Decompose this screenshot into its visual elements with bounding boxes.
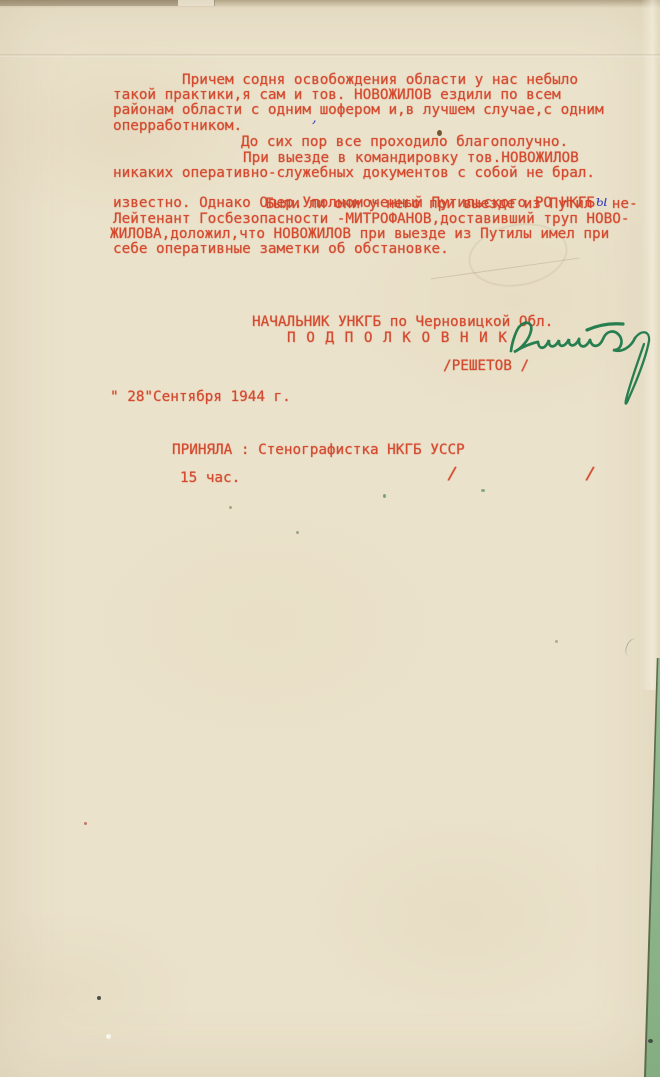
received-line: ПРИНЯЛА : Стенографистка НКГБ УССР <box>172 443 465 458</box>
paper-crease <box>0 54 660 57</box>
signer-rank-line: П О Д П О Л К О В Н И К <box>287 331 508 346</box>
typed-line: такой практики,я сам и тов. НОВОЖИЛОВ ез… <box>113 88 561 103</box>
paper-speck <box>106 1034 111 1039</box>
typed-line: никаких оперативно-служебных документов … <box>113 166 595 181</box>
typed-slash: / <box>584 467 595 483</box>
blue-ink-comma-correction: , <box>312 108 317 126</box>
paper-speck <box>481 489 485 492</box>
typed-line: До сих пор все проходило благополучно. <box>241 135 568 150</box>
paper-speck <box>296 531 299 534</box>
paper-top-edge-notch <box>178 0 214 6</box>
typed-line: ЖИЛОВА,доложил,что НОВОЖИЛОВ при выезде … <box>110 227 609 242</box>
typed-text: не- <box>612 196 638 212</box>
paper-speck <box>555 640 558 643</box>
typed-line: Причем содня освобождения области у нас … <box>182 73 578 88</box>
typed-line: оперработником. <box>113 119 242 134</box>
paper-speck <box>383 494 386 498</box>
handwritten-signature <box>478 295 660 420</box>
paper-speck <box>648 1039 653 1043</box>
typed-line: известно. Однако Опер.Уполномоченный Пут… <box>113 196 595 211</box>
typed-line: При выезде в командировку тов.НОВОЖИЛОВ <box>243 151 579 166</box>
document-scan: Причем содня освобождения области у нас … <box>0 0 660 1077</box>
typed-line: Лейтенант Госбезопасности -МИТРОФАНОВ,до… <box>113 212 629 227</box>
paper-speck <box>84 822 87 825</box>
paper-speck <box>229 506 232 509</box>
typed-line: районам области с одним шофером и,в лучш… <box>113 103 604 118</box>
typed-line: себе оперативные заметки об обстановке. <box>113 242 449 257</box>
date-line: " 28"Сентября 1944 г. <box>110 390 291 405</box>
blue-ink-letter-correction: ы <box>596 192 608 210</box>
paper-speck <box>97 996 101 1000</box>
scanner-backing <box>640 658 660 1077</box>
typed-slash: / <box>446 467 457 483</box>
time-line: 15 час. <box>180 471 240 486</box>
